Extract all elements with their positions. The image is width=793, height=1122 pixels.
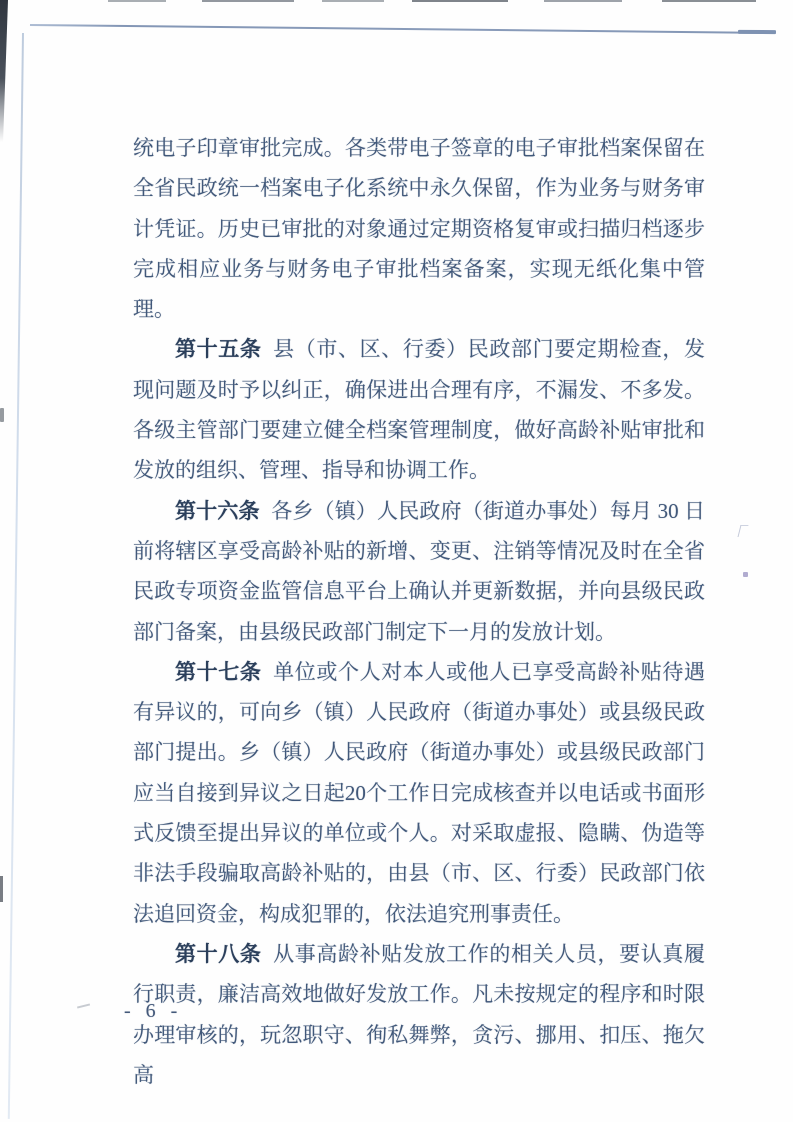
scan-artifact-mark [0,408,4,422]
scan-edge-dash [412,0,508,2]
scan-edge-dash [322,0,384,2]
paragraph-article-15: 第十五条县（市、区、行委）民政部门要定期检查，发现问题及时予以纠正，确保进出合理… [133,329,705,490]
paragraph-text: 统电子印章审批完成。各类带电子签章的电子审批档案保留在全省民政统一档案电子化系统… [133,136,705,321]
paragraph-article-16: 第十六条各乡（镇）人民政府（街道办事处）每月 30 日前将辖区享受高龄补贴的新增… [133,491,705,652]
paragraph-article-18: 第十八条从事高龄补贴发放工作的相关人员，要认真履行职责，廉洁高效地做好发放工作。… [133,934,705,1095]
scan-artifact-mark [0,876,3,902]
article-heading: 第十八条 [175,942,262,966]
article-heading: 第十六条 [175,499,260,523]
scan-artifact-mark [77,1003,90,1008]
scan-artifact-left-edge [0,0,8,142]
paragraph-text: 单位或个人对本人或他人已享受高龄补贴待遇有异议的，可向乡（镇）人民政府（街道办事… [133,660,705,926]
document-body: 统电子印章审批完成。各类带电子签章的电子审批档案保留在全省民政统一档案电子化系统… [133,128,705,1095]
scan-artifact-mark [738,525,749,537]
scan-artifact-paper-edge [8,33,24,1119]
paragraph-continuation: 统电子印章审批完成。各类带电子签章的电子审批档案保留在全省民政统一档案电子化系统… [133,128,705,329]
scan-edge-dash [108,0,166,2]
scan-artifact-top-line [30,24,774,34]
page-number: - 6 - [124,1000,180,1023]
scan-artifact-top-line-end [738,30,776,34]
scan-artifact-mark [743,572,748,577]
paragraph-article-17: 第十七条单位或个人对本人或他人已享受高龄补贴待遇有异议的，可向乡（镇）人民政府（… [133,652,705,934]
article-heading: 第十七条 [175,660,262,684]
scan-edge-dash [662,0,756,2]
article-heading: 第十五条 [175,337,262,361]
scanned-document-page: { "content": { "paragraphs": [ { "lead":… [0,0,793,1122]
scan-edge-dash [544,0,622,2]
scan-edge-dash [202,0,294,2]
